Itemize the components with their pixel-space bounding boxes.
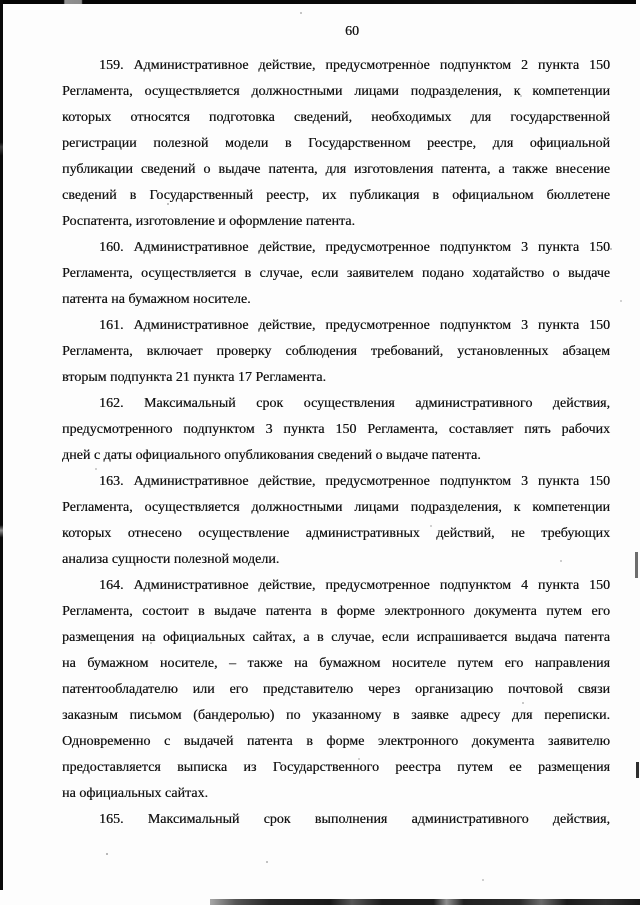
text-line: Регламента, осуществляется должностными … — [62, 495, 610, 521]
text-line: на бумажном носителе, – также на бумажно… — [62, 651, 610, 677]
text-line: дней с даты официального опубликования с… — [62, 443, 610, 469]
text-line: публикации сведений о выдаче патента, дл… — [62, 157, 610, 183]
text-line: на официальных сайтах. — [62, 781, 610, 807]
scan-smudge — [636, 762, 639, 778]
text-line: сведений в Государственный реестр, их пу… — [62, 183, 610, 209]
text-line: заказным письмом (бандеролью) по указанн… — [62, 703, 610, 729]
document-text: 159. Административное действие, предусмо… — [62, 53, 610, 833]
text-line: Регламента, включает проверку соблюдения… — [62, 339, 610, 365]
scan-noise — [0, 0, 2, 2]
text-line: вторым подпункта 21 пункта 17 Регламента… — [62, 365, 610, 391]
text-line: размещения на официальных сайтах, а в сл… — [62, 625, 610, 651]
text-line: патентообладателю или его представителю … — [62, 677, 610, 703]
text-line: 163. Административное действие, предусмо… — [62, 469, 610, 495]
text-line: патента на бумажном носителе. — [62, 287, 610, 313]
scan-artifact-bottom-bar — [210, 899, 640, 905]
text-line: Регламента, состоит в выдаче патента в ф… — [62, 599, 610, 625]
text-line: 162. Максимальный срок осуществления адм… — [62, 391, 610, 417]
text-line: Роспатента, изготовление и оформление па… — [62, 209, 610, 235]
text-line: предоставляется выписка из Государственн… — [62, 755, 610, 781]
text-line: которых отнесено осуществление администр… — [62, 521, 610, 547]
document-page: 60 159. Административное действие, преду… — [0, 0, 640, 905]
text-line: Регламента, осуществляется должностными … — [62, 79, 610, 105]
text-line: 164. Административное действие, предусмо… — [62, 573, 610, 599]
text-line: анализа сущности полезной модели. — [62, 547, 610, 573]
text-line: Одновременно с выдачей патента в форме э… — [62, 729, 610, 755]
text-line: предусмотренного подпунктом 3 пункта 150… — [62, 417, 610, 443]
scan-artifact-top-edge — [0, 0, 636, 4]
scan-smudge — [635, 552, 638, 578]
text-line: Регламента, осуществляется в случае, есл… — [62, 261, 610, 287]
text-line: 161. Административное действие, предусмо… — [62, 313, 610, 339]
text-line: 159. Административное действие, предусмо… — [62, 53, 610, 79]
page-number: 60 — [338, 24, 366, 40]
scan-artifact-left-edge — [0, 0, 3, 890]
text-line: регистрации полезной модели в Государств… — [62, 131, 610, 157]
text-line: которых относятся подготовка сведений, н… — [62, 105, 610, 131]
text-line: 160. Административное действие, предусмо… — [62, 235, 610, 261]
text-line: 165. Максимальный срок выполнения админи… — [62, 807, 610, 833]
